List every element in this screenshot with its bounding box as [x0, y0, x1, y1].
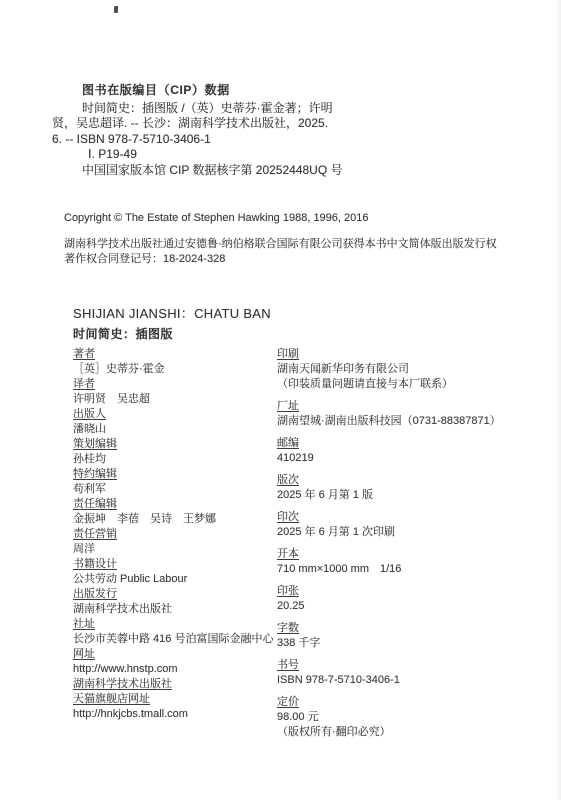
colophon-left-column: 著者 ［英］史蒂芬·霍金 译者 许明贤 吴忠超 出版人 潘晓山 策划编辑 孙桂均… [73, 347, 273, 722]
entry-factory-address: 厂址 湖南望城·湖南出版科技园（0731-88387871） [277, 399, 547, 429]
special-editor-value: 苟利军 [73, 482, 273, 497]
entry-edition: 版次 2025 年 6 月第 1 版 [277, 473, 547, 503]
marketing-label: 责任营销 [73, 528, 117, 540]
tmall-store-label-line1: 湖南科学技术出版社 [73, 678, 172, 690]
postcode-value: 410219 [277, 451, 547, 466]
book-design-label: 书籍设计 [73, 558, 117, 570]
book-title-chinese: 时间简史：插图版 [73, 325, 271, 342]
translator-label: 译者 [73, 378, 95, 390]
print-sheets-value: 20.25 [277, 599, 547, 614]
responsible-editor-value: 金振坤 李蓓 吴诗 王梦娜 [73, 512, 273, 527]
entry-author: 著者 ［英］史蒂芬·霍金 [73, 347, 273, 377]
edition-label: 版次 [277, 474, 299, 486]
entry-print-sheets: 印张 20.25 [277, 584, 547, 614]
postcode-label: 邮编 [277, 437, 299, 449]
scan-speck [114, 6, 118, 13]
cip-heading: 图书在版编目（CIP）数据 [52, 83, 343, 99]
price-value: 98.00 元 [277, 710, 547, 725]
impression-value: 2025 年 6 月第 1 次印刷 [277, 525, 547, 540]
print-sheets-label: 印张 [277, 585, 299, 597]
entry-address: 社址 长沙市芙蓉中路 416 号泊富国际金融中心 [73, 617, 273, 647]
tmall-store-label-line2: 天猫旗舰店网址 [73, 693, 150, 705]
responsible-editor-label: 责任编辑 [73, 498, 117, 510]
publisher-label: 出版人 [73, 408, 106, 420]
all-rights-reserved-note: （版权所有·翻印必究） [277, 725, 547, 740]
entry-marketing: 责任营销 周洋 [73, 527, 273, 557]
entry-book-design: 书籍设计 公共劳动 Public Labour [73, 557, 273, 587]
factory-address-value: 湖南望城·湖南出版科技园（0731-88387871） [277, 414, 547, 429]
colophon-page: 图书在版编目（CIP）数据 时间简史：插图版 /（英）史蒂芬·霍金著；许明 贤，… [0, 0, 561, 800]
entry-isbn: 书号 ISBN 978-7-5710-3406-1 [277, 658, 547, 688]
colophon-right-column: 印刷 湖南天闻新华印务有限公司 （印装质量问题请直接与本厂联系） 厂址 湖南望城… [277, 347, 547, 747]
cip-line-3: 6. -- ISBN 978-7-5710-3406-1 [52, 132, 343, 148]
word-count-label: 字数 [277, 622, 299, 634]
tmall-store-url: http://hnkjcbs.tmall.com [73, 707, 273, 722]
book-title-block: SHIJIAN JIANSHI：CHATU BAN 时间简史：插图版 [73, 303, 271, 342]
edition-value: 2025 年 6 月第 1 版 [277, 488, 547, 503]
word-count-value: 338 千字 [277, 636, 547, 651]
entry-printing: 印刷 湖南天闻新华印务有限公司 （印装质量问题请直接与本厂联系） [277, 347, 547, 392]
factory-address-label: 厂址 [277, 400, 299, 412]
cip-block: 图书在版编目（CIP）数据 时间简史：插图版 /（英）史蒂芬·霍金著；许明 贤，… [52, 83, 343, 178]
special-editor-label: 特约编辑 [73, 468, 117, 480]
website-label: 网址 [73, 648, 95, 660]
isbn-label: 书号 [277, 659, 299, 671]
entry-impression: 印次 2025 年 6 月第 1 次印刷 [277, 510, 547, 540]
book-design-value: 公共劳动 Public Labour [73, 572, 273, 587]
entry-website: 网址 http://www.hnstp.com [73, 647, 273, 677]
address-label: 社址 [73, 618, 95, 630]
cip-classification: Ⅰ. P19-49 [52, 147, 343, 163]
format-value: 710 mm×1000 mm 1/16 [277, 562, 547, 577]
entry-price: 定价 98.00 元 （版权所有·翻印必究） [277, 695, 547, 740]
planning-editor-label: 策划编辑 [73, 438, 117, 450]
entry-planning-editor: 策划编辑 孙桂均 [73, 437, 273, 467]
marketing-value: 周洋 [73, 542, 273, 557]
entry-publishing-house: 出版发行 湖南科学技术出版社 [73, 587, 273, 617]
format-label: 开本 [277, 548, 299, 560]
entry-postcode: 邮编 410219 [277, 436, 547, 466]
printing-quality-note: （印装质量问题请直接与本厂联系） [277, 377, 547, 392]
entry-format: 开本 710 mm×1000 mm 1/16 [277, 547, 547, 577]
rights-statement: 湖南科学技术出版社通过安德鲁·纳伯格联合国际有限公司获得本书中文简体版出版发行权 [64, 237, 497, 252]
price-label: 定价 [277, 696, 299, 708]
planning-editor-value: 孙桂均 [73, 452, 273, 467]
author-value: ［英］史蒂芬·霍金 [73, 362, 273, 377]
translator-value: 许明贤 吴忠超 [73, 392, 273, 407]
contract-registration-number: 著作权合同登记号：18-2024-328 [64, 252, 497, 267]
publishing-house-label: 出版发行 [73, 588, 117, 600]
entry-responsible-editor: 责任编辑 金振坤 李蓓 吴诗 王梦娜 [73, 497, 273, 527]
publishing-house-value: 湖南科学技术出版社 [73, 602, 273, 617]
copyright-block: Copyright © The Estate of Stephen Hawkin… [64, 211, 497, 267]
website-url: http://www.hnstp.com [73, 662, 273, 677]
entry-publisher: 出版人 潘晓山 [73, 407, 273, 437]
copyright-notice: Copyright © The Estate of Stephen Hawkin… [64, 211, 497, 226]
cip-record-number: 中国国家版本馆 CIP 数据核字第 20252448UQ 号 [52, 163, 343, 179]
publisher-value: 潘晓山 [73, 422, 273, 437]
entry-special-editor: 特约编辑 苟利军 [73, 467, 273, 497]
isbn-value: ISBN 978-7-5710-3406-1 [277, 673, 547, 688]
author-label: 著者 [73, 348, 95, 360]
cip-line-2: 贤，吴忠超译. -- 长沙：湖南科学技术出版社，2025. [52, 116, 343, 132]
entry-tmall-store: 湖南科学技术出版社 天猫旗舰店网址 http://hnkjcbs.tmall.c… [73, 677, 273, 722]
printing-company: 湖南天闻新华印务有限公司 [277, 362, 547, 377]
entry-translator: 译者 许明贤 吴忠超 [73, 377, 273, 407]
cip-line-1: 时间简史：插图版 /（英）史蒂芬·霍金著；许明 [52, 101, 343, 117]
entry-word-count: 字数 338 千字 [277, 621, 547, 651]
printing-label: 印刷 [277, 348, 299, 360]
book-title-pinyin: SHIJIAN JIANSHI：CHATU BAN [73, 303, 271, 322]
address-value: 长沙市芙蓉中路 416 号泊富国际金融中心 [73, 632, 273, 647]
impression-label: 印次 [277, 511, 299, 523]
